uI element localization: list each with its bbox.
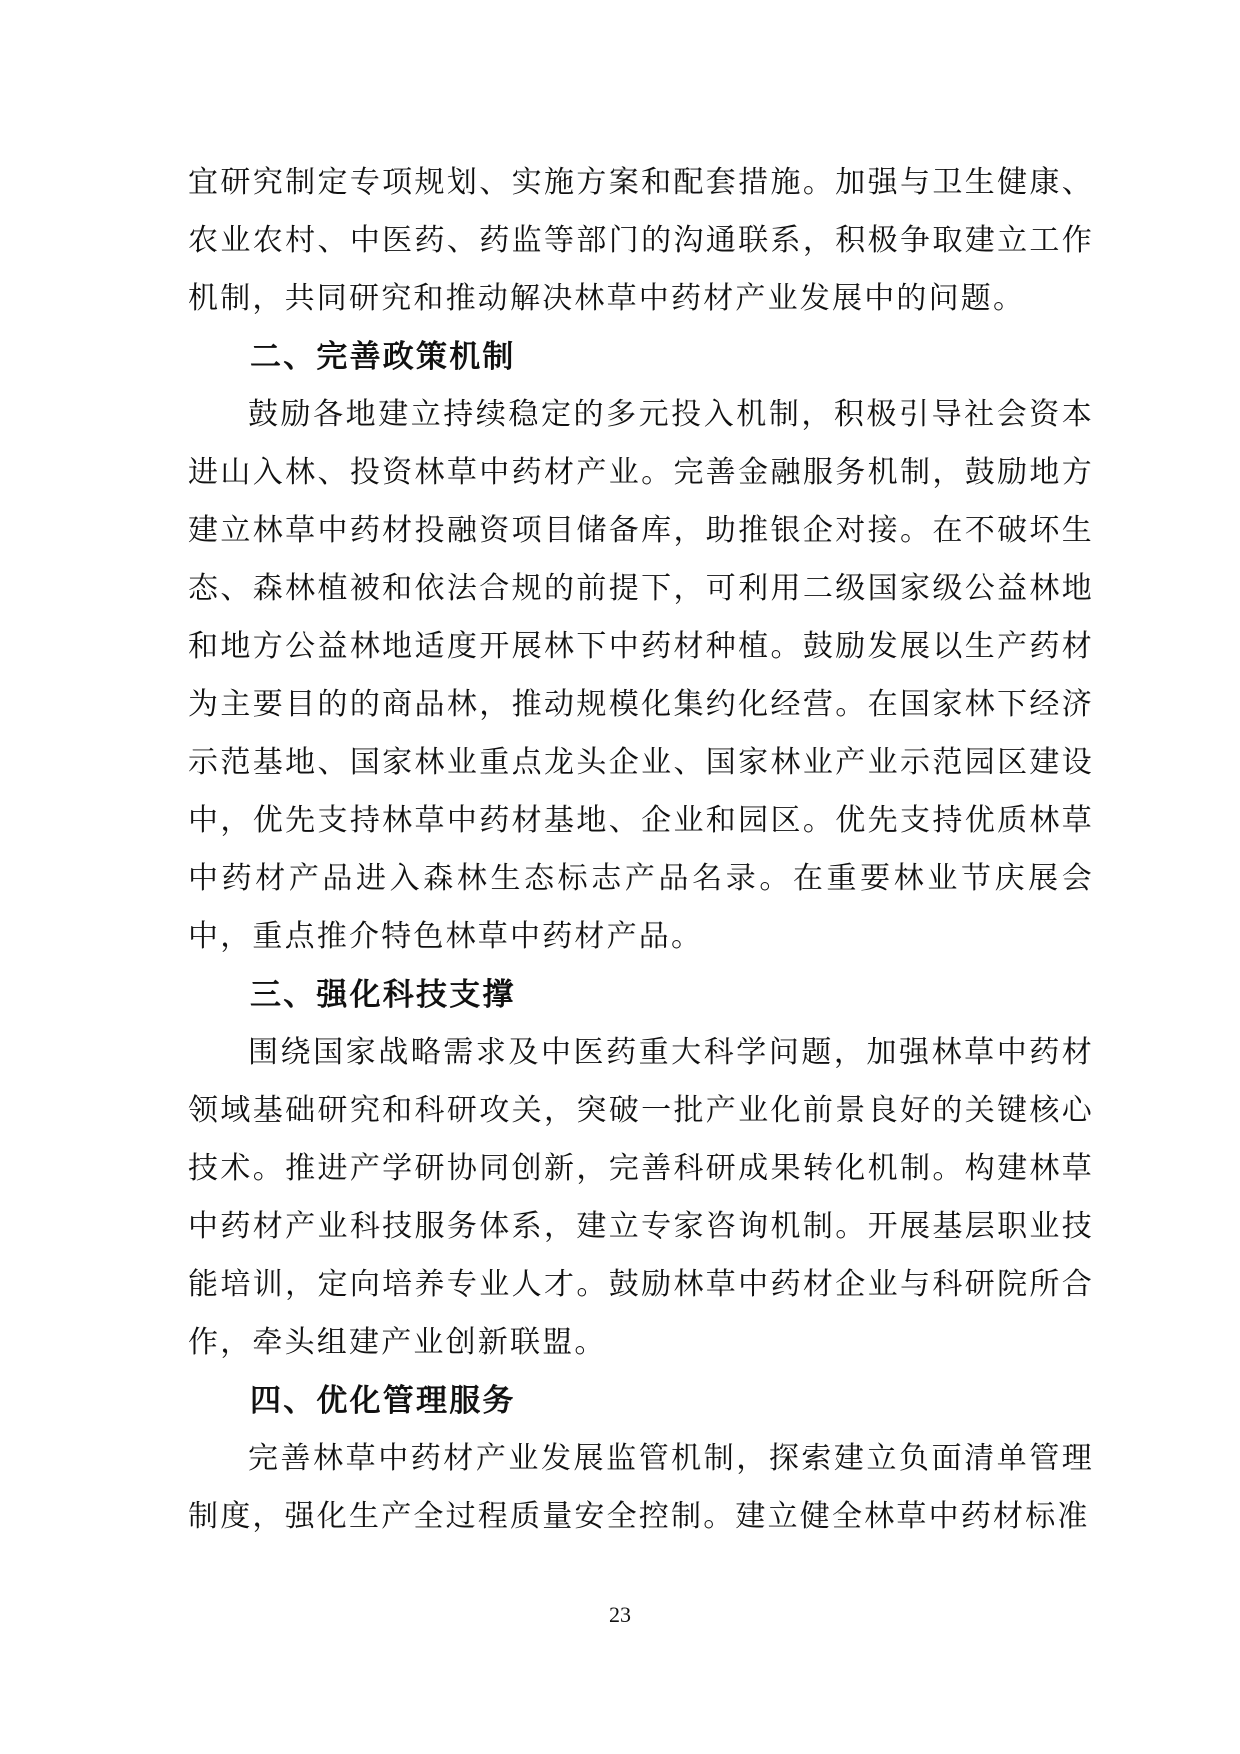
document-page: 宜研究制定专项规划、实施方案和配套措施。加强与卫生健康、农业农村、中医药、药监等… bbox=[0, 0, 1240, 1754]
page-number: 23 bbox=[609, 1602, 631, 1627]
body-paragraph-management: 完善林草中药材产业发展监管机制，探索建立负面清单管理制度，强化生产全过程质量安全… bbox=[188, 1430, 1094, 1546]
page-footer: 23 bbox=[0, 1602, 1240, 1628]
body-paragraph-continued: 宜研究制定专项规划、实施方案和配套措施。加强与卫生健康、农业农村、中医药、药监等… bbox=[188, 154, 1094, 328]
section-heading-4: 四、优化管理服务 bbox=[188, 1372, 1094, 1430]
body-paragraph-technology: 围绕国家战略需求及中医药重大科学问题，加强林草中药材领域基础研究和科研攻关，突破… bbox=[188, 1024, 1094, 1372]
body-paragraph-policy: 鼓励各地建立持续稳定的多元投入机制，积极引导社会资本进山入林、投资林草中药材产业… bbox=[188, 386, 1094, 966]
section-heading-2: 二、完善政策机制 bbox=[188, 328, 1094, 386]
page-body: 宜研究制定专项规划、实施方案和配套措施。加强与卫生健康、农业农村、中医药、药监等… bbox=[188, 154, 1094, 1546]
section-heading-3: 三、强化科技支撑 bbox=[188, 966, 1094, 1024]
